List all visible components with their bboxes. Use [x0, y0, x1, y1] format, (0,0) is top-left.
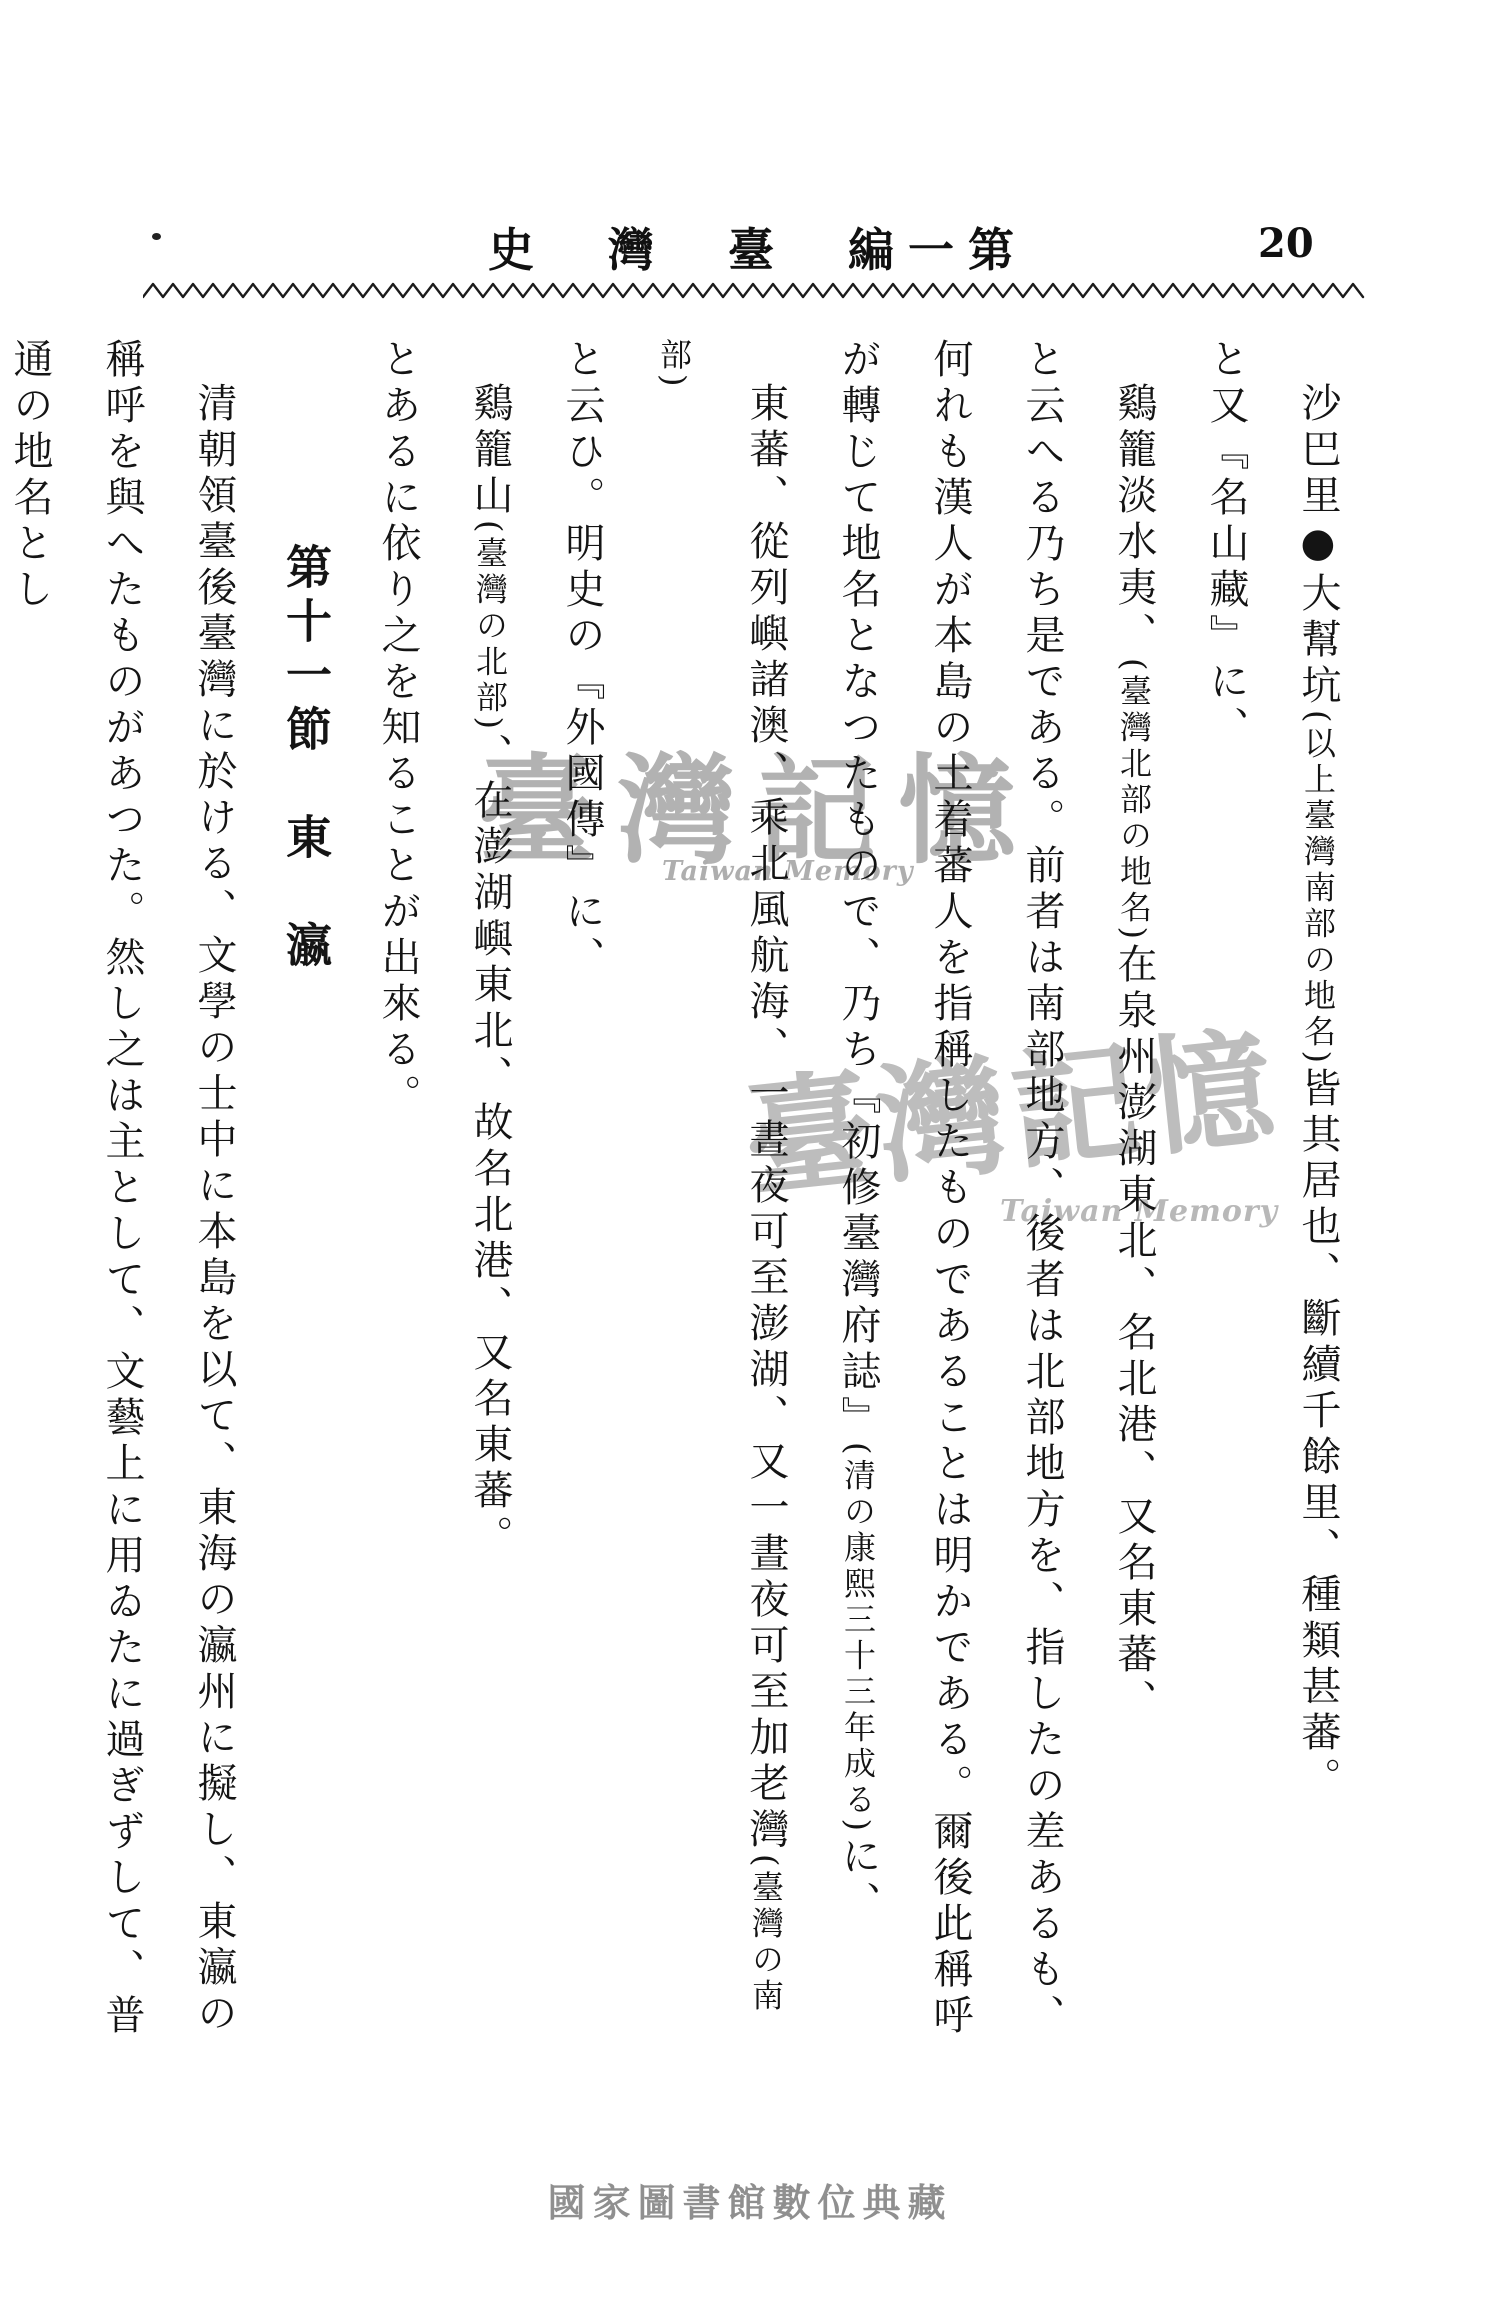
paragraph: 清朝領臺後臺灣に於ける、文學の士中に本島を以て、東海の瀛州に擬し、東瀛の稱呼を與…	[0, 338, 260, 2060]
paragraph: と云ひ。明史の『外國傳』に、	[536, 338, 628, 2060]
footer-caption: 國家圖書館數位典藏	[0, 2172, 1500, 2227]
running-head-title: 史 灣 臺 編一第	[488, 214, 1028, 280]
text-run: 在泉州澎湖東北、名北港、又名東蕃、	[1111, 943, 1157, 1725]
text-run: 東蕃、從列嶼諸澳、乘北風航海、一晝夜可至澎湖、又一晝夜可至加老灣	[743, 382, 789, 1854]
text-run: 鷄籠山	[467, 382, 513, 520]
text-run: 鷄籠淡水夷、	[1111, 382, 1157, 658]
text-run: 皆其居也、斷續千餘里、種類甚蕃。	[1295, 1067, 1341, 1803]
text-run: に、	[835, 1835, 881, 1927]
text-run: 第十一節 東 瀛	[279, 543, 333, 975]
text-run: と又『名山藏』に、	[1203, 338, 1249, 752]
ink-speck	[152, 233, 161, 240]
text-run: と云ひ。明史の『外國傳』に、	[559, 338, 605, 982]
text-run: 清朝領臺後臺灣に於ける、文學の士中に本島を以て、東海の瀛州に擬し、東瀛の稱呼を與…	[7, 338, 237, 2040]
paragraph: と又『名山藏』に、	[1180, 338, 1272, 2060]
text-run: 、在澎湖嶼東北、故名北港、又名東蕃。	[467, 733, 513, 1561]
section-heading: 第十一節 東 瀛	[260, 338, 352, 2060]
paragraph: 鷄籠山(臺灣の北部)、在澎湖嶼東北、故名北港、又名東蕃。	[444, 338, 536, 2060]
text-body: 沙巴里●大幫坑(以上臺灣南部の地名)皆其居也、斷續千餘里、種類甚蕃。と又『名山藏…	[150, 338, 1364, 2060]
text-run: とあるに依り之を知ることが出來る。	[375, 338, 421, 1120]
inline-annotation: (清の康熙三十三年成る)	[839, 1442, 877, 1835]
paragraph: 東蕃、從列嶼諸澳、乘北風航海、一晝夜可至澎湖、又一晝夜可至加老灣(臺灣の南部)	[628, 338, 812, 2060]
inline-annotation: (臺灣の北部)	[471, 520, 509, 733]
paragraph: とあるに依り之を知ることが出來る。	[352, 338, 444, 2060]
inline-annotation: (臺灣北部の地名)	[1115, 658, 1153, 943]
page-number: 20	[1258, 220, 1314, 267]
paragraph: 沙巴里●大幫坑(以上臺灣南部の地名)皆其居也、斷續千餘里、種類甚蕃。	[1272, 338, 1364, 2060]
inline-annotation: (以上臺灣南部の地名)	[1299, 710, 1337, 1067]
paragraph: と云へる乃ち是である。前者は南部地方、後者は北部地方を、指したの差あるも、何れも…	[812, 338, 1088, 2060]
wavy-rule-line	[143, 284, 1363, 297]
scanned-book-page: 史 灣 臺 編一第 20 臺灣記憶 Taiwan Memory 臺灣記憶 Tai…	[0, 0, 1500, 2300]
text-run: 沙巴里●大幫坑	[1295, 382, 1341, 710]
paragraph: 鷄籠淡水夷、(臺灣北部の地名)在泉州澎湖東北、名北港、又名東蕃、	[1088, 338, 1180, 2060]
wavy-rule	[143, 281, 1365, 303]
